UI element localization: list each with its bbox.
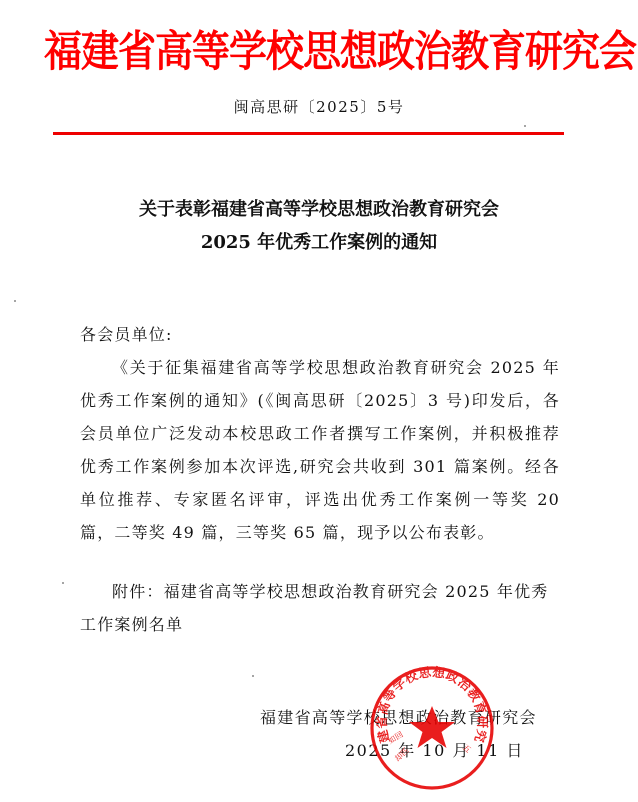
scan-speck [252, 675, 254, 677]
document-number: 闽高思研〔2025〕5号 [0, 97, 638, 117]
scan-speck [62, 582, 64, 584]
body-paragraph: 《关于征集福建省高等学校思想政治教育研究会 2025 年优秀工作案例的通知》(《… [80, 351, 560, 549]
notice-title: 关于表彰福建省高等学校思想政治教育研究会 2025 年优秀工作案例的通知 [0, 193, 638, 259]
seal-text: 福建省高等学校思想政治教育研究会 [368, 664, 490, 745]
salutation: 各会员单位: [80, 318, 560, 351]
notice-body: 各会员单位: 《关于征集福建省高等学校思想政治教育研究会 2025 年优秀工作案… [80, 318, 560, 549]
notice-title-line-2: 2025 年优秀工作案例的通知 [0, 226, 638, 259]
organization-header: 福建省高等学校思想政治教育研究会 [44, 20, 564, 83]
attachment-note: 附件：福建省高等学校思想政治教育研究会 2025 年优秀工作案例名单 [80, 575, 560, 641]
signature-organization: 福建省高等学校思想政治教育研究会 [260, 706, 560, 730]
signature-date: 2025 年 10 月 11 日 [345, 739, 545, 763]
notice-title-line-1: 关于表彰福建省高等学校思想政治教育研究会 [0, 193, 638, 226]
svg-text:福建省高等学校思想政治教育研究会: 福建省高等学校思想政治教育研究会 [368, 664, 490, 745]
scan-speck [14, 300, 16, 302]
document-page: 福建省高等学校思想政治教育研究会 闽高思研〔2025〕5号 关于表彰福建省高等学… [0, 0, 638, 802]
header-divider [53, 132, 564, 135]
scan-speck [524, 125, 526, 127]
